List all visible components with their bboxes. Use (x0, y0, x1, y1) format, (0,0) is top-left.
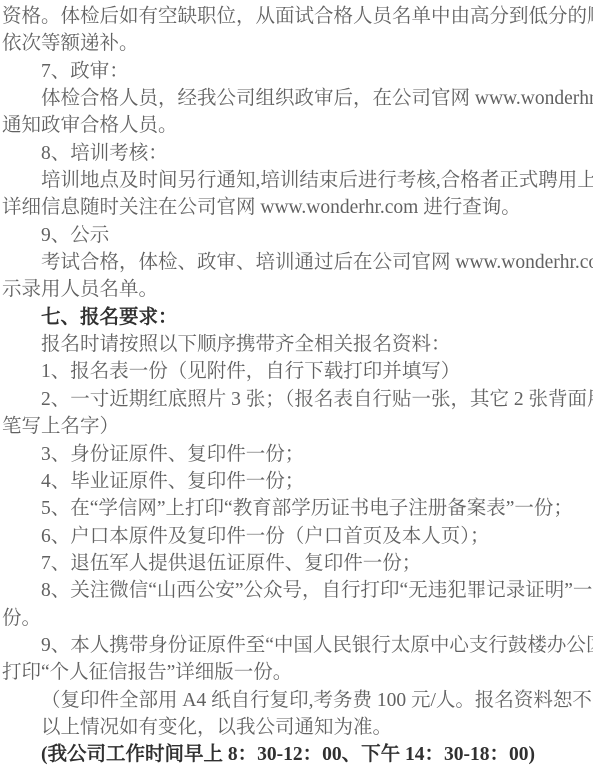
text-line: 示录用人员名单。 (2, 276, 593, 303)
text-line: 依次等额递补。 (2, 30, 593, 57)
list-item: 4、毕业证原件、复印件一份； (2, 468, 593, 495)
list-item: 1、报名表一份（见附件，自行下载打印并填写） (2, 358, 593, 385)
text-line: 通知政审合格人员。 (2, 112, 593, 139)
section-item-heading: 7、政审： (2, 58, 593, 85)
text-line: 详细信息随时关注在公司官网 www.wonderhr.com 进行查询。 (2, 194, 593, 221)
section-item-heading: 8、培训考核： (2, 140, 593, 167)
list-item: 5、在“学信网”上打印“教育部学历证书电子注册备案表”一份； (2, 495, 593, 522)
note-line: （复印件全部用 A4 纸自行复印,考务费 100 元/人。报名资料恕不退还） (2, 687, 593, 714)
text-line: 考试合格，体检、政审、培训通过后在公司官网 www.wonderhr.com 公 (2, 249, 593, 276)
list-item: 6、户口本原件及复印件一份（户口首页及本人页）； (2, 523, 593, 550)
text-line: 打印“个人征信报告”详细版一份。 (2, 659, 593, 686)
list-item: 8、关注微信“山西公安”公众号，自行打印“无违犯罪记录证明”一 (2, 577, 593, 604)
list-item: 7、退伍军人提供退伍证原件、复印件一份； (2, 550, 593, 577)
work-hours-line: (我公司工作时间早上 8：30-12：00、下午 14：30-18：00) (2, 741, 593, 768)
text-line: 笔写上名字） (2, 413, 593, 440)
section-item-heading: 9、公示 (2, 222, 593, 249)
text-line: 以上情况如有变化，以我公司通知为准。 (2, 714, 593, 741)
document-page: 资格。体检后如有空缺职位，从面试合格人员名单中由高分到低分的顺序 依次等额递补。… (0, 0, 593, 769)
section-heading: 七、报名要求： (2, 304, 593, 331)
list-item: 3、身份证原件、复印件一份； (2, 441, 593, 468)
text-line: 报名时请按照以下顺序携带齐全相关报名资料： (2, 331, 593, 358)
text-line: 体检合格人员，经我公司组织政审后，在公司官网 www.wonderhr.com (2, 85, 593, 112)
list-item: 9、本人携带身份证原件至“中国人民银行太原中心支行鼓楼办公区” (2, 632, 593, 659)
list-item: 2、一寸近期红底照片 3 张；（报名表自行贴一张，其它 2 张背面用铅 (2, 386, 593, 413)
text-line: 培训地点及时间另行通知,培训结束后进行考核,合格者正式聘用上岗。 (2, 167, 593, 194)
text-line: 资格。体检后如有空缺职位，从面试合格人员名单中由高分到低分的顺序 (2, 3, 593, 30)
text-line: 份。 (2, 605, 593, 632)
